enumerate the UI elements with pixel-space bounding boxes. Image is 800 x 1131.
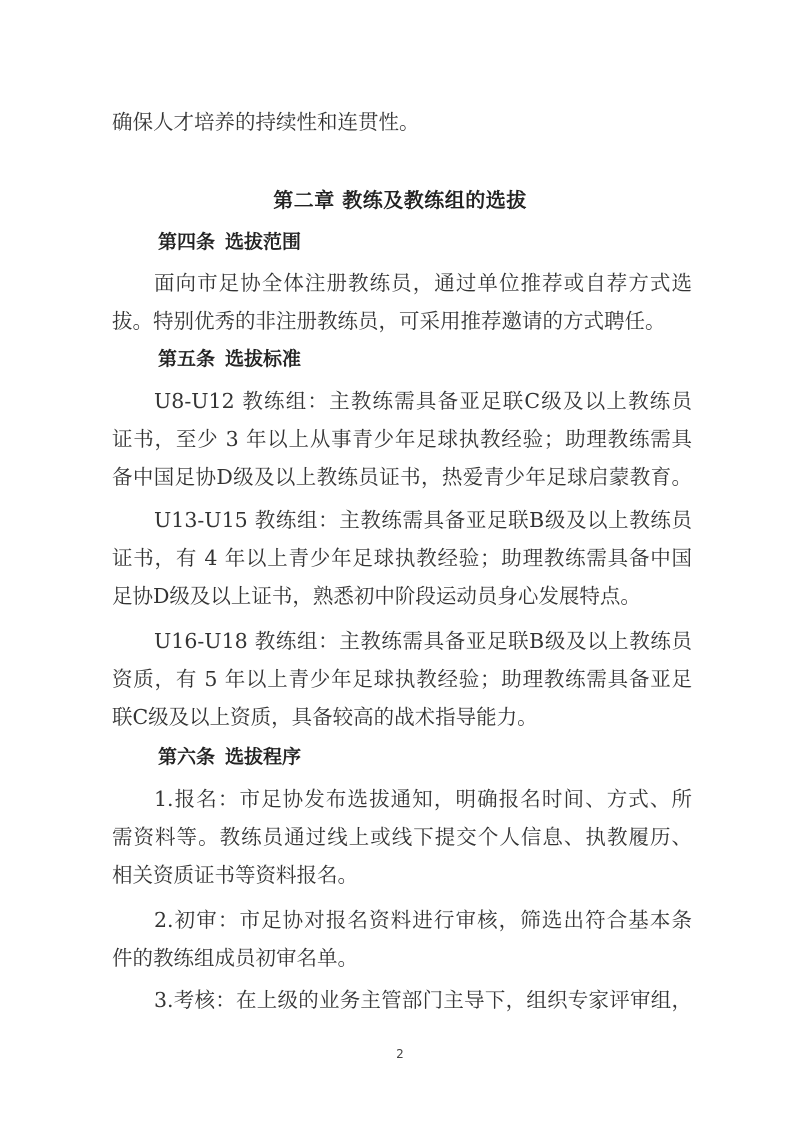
paragraph-line: 件的教练组成员初审名单。 (112, 944, 692, 972)
article-heading-5: 第五条选拔标准 (158, 345, 301, 373)
paragraph-line: 需资料等。教练员通过线上或线下提交个人信息、执教履历、 (112, 823, 692, 851)
article-title: 选拔范围 (225, 231, 301, 253)
paragraph-line: 联C级及以上资质，具备较高的战术指导能力。 (112, 703, 692, 731)
opening-line: 确保人才培养的持续性和连贯性。 (112, 108, 692, 136)
paragraph-line: U8-U12 教练组：主教练需具备亚足联C级及以上教练员 (154, 387, 692, 415)
article-heading-4: 第四条选拔范围 (158, 228, 301, 256)
article-heading-6: 第六条选拔程序 (158, 743, 301, 771)
page-number: 2 (0, 1046, 800, 1062)
paragraph-line: 相关资质证书等资料报名。 (112, 861, 692, 889)
paragraph-line: 1.报名：市足协发布选拔通知，明确报名时间、方式、所 (154, 785, 692, 813)
article-number: 第六条 (158, 746, 215, 768)
paragraph-line: 面向市足协全体注册教练员，通过单位推荐或自荐方式选 (154, 269, 692, 297)
document-page: 确保人才培养的持续性和连贯性。 第二章 教练及教练组的选拔 第四条选拔范围 面向… (0, 0, 800, 1131)
article-title: 选拔程序 (225, 746, 301, 768)
paragraph-line: 证书，至少 3 年以上从事青少年足球执教经验；助理教练需具 (112, 425, 692, 453)
paragraph-line: 3.考核：在上级的业务主管部门主导下，组织专家评审组， (154, 986, 692, 1014)
article-title: 选拔标准 (225, 348, 301, 370)
paragraph-line: 2.初审：市足协对报名资料进行审核，筛选出符合基本条 (154, 906, 692, 934)
article-number: 第五条 (158, 348, 215, 370)
paragraph-line: 资质，有 5 年以上青少年足球执教经验；助理教练需具备亚足 (112, 665, 692, 693)
paragraph-line: 证书，有 4 年以上青少年足球执教经验；助理教练需具备中国 (112, 544, 692, 572)
chapter-title: 第二章 教练及教练组的选拔 (0, 186, 800, 214)
paragraph-line: 拔。特别优秀的非注册教练员，可采用推荐邀请的方式聘任。 (112, 307, 692, 335)
article-number: 第四条 (158, 231, 215, 253)
paragraph-line: 备中国足协D级及以上教练员证书，热爱青少年足球启蒙教育。 (112, 463, 692, 491)
paragraph-line: U16-U18 教练组：主教练需具备亚足联B级及以上教练员 (154, 627, 692, 655)
paragraph-line: 足协D级及以上证书，熟悉初中阶段运动员身心发展特点。 (112, 582, 692, 610)
paragraph-line: U13-U15 教练组：主教练需具备亚足联B级及以上教练员 (154, 506, 692, 534)
